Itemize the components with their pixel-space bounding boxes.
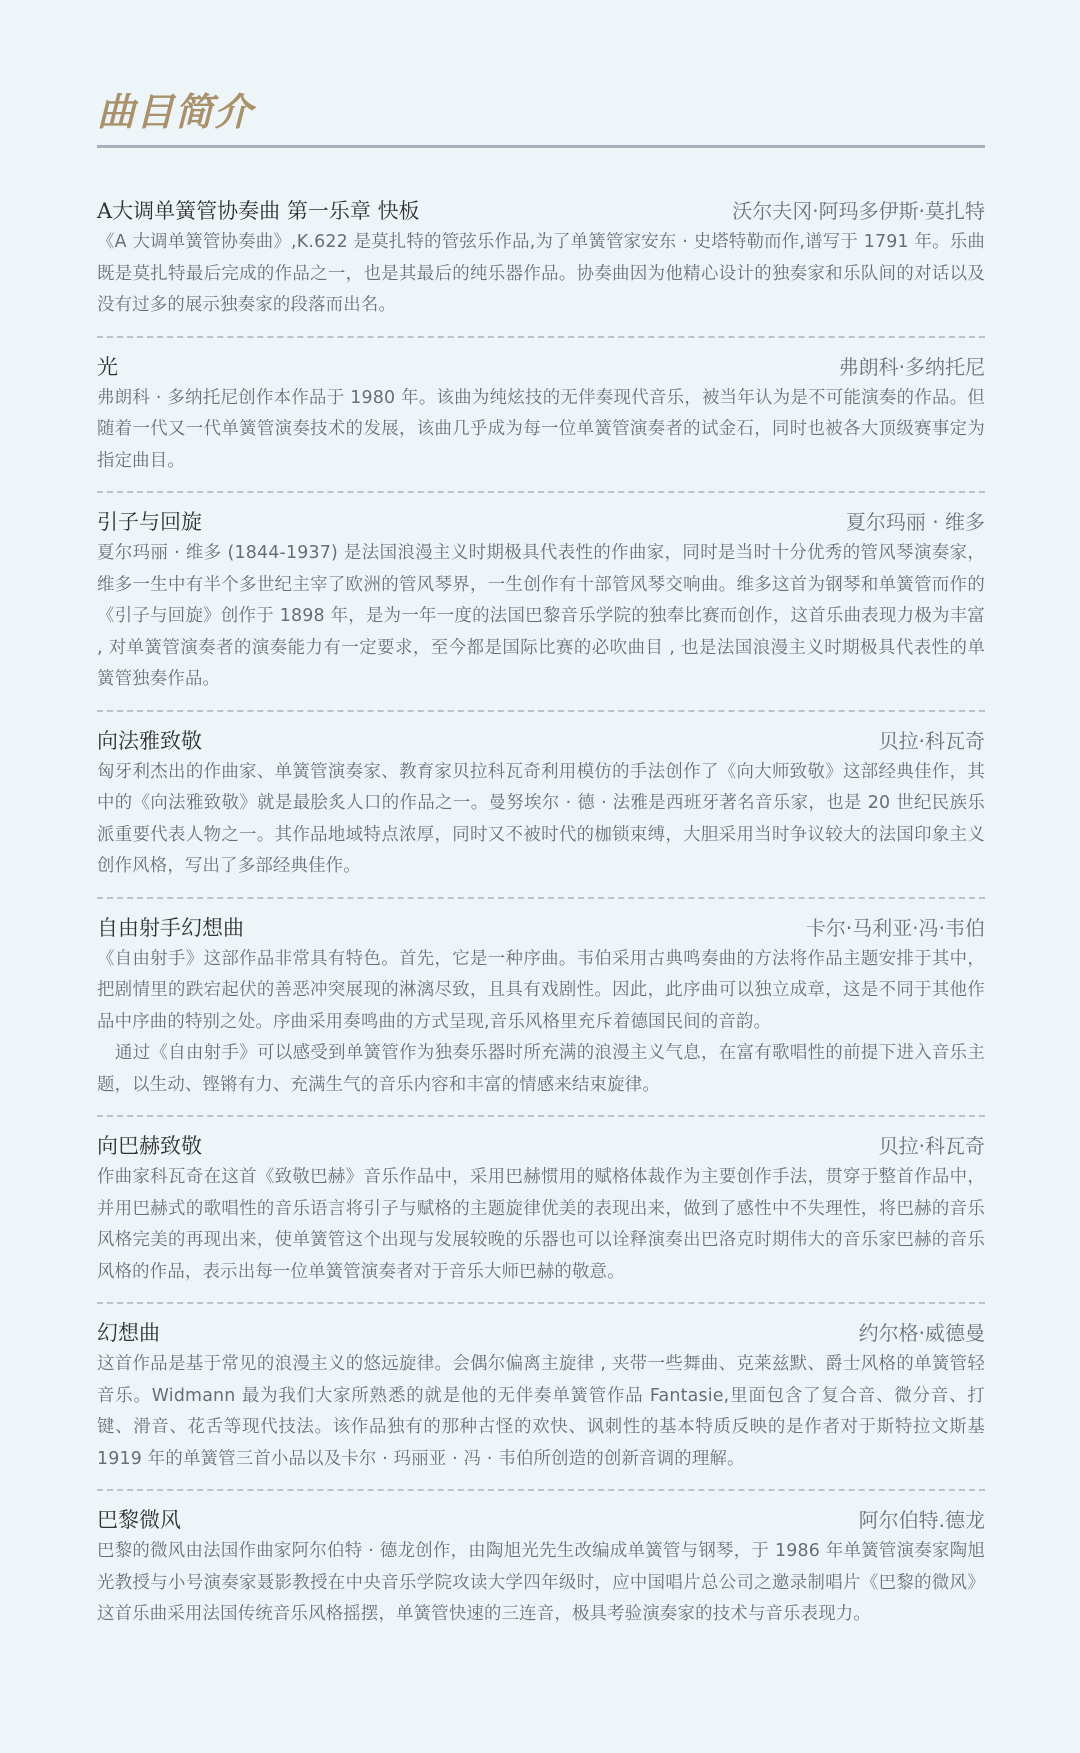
piece-title: 幻想曲 xyxy=(97,1318,160,1349)
piece-composer: 卡尔·马利亚·冯·韦伯 xyxy=(806,913,985,944)
dashed-divider xyxy=(97,1489,985,1491)
piece-header: 向法雅致敬 贝拉·科瓦奇 xyxy=(97,726,985,757)
piece-item: A大调单簧管协奏曲 第一乐章 快板 沃尔夫冈·阿玛多伊斯·莫扎特 《A 大调单簧… xyxy=(97,196,985,322)
piece-header: 自由射手幻想曲 卡尔·马利亚·冯·韦伯 xyxy=(97,913,985,944)
dashed-divider xyxy=(97,336,985,338)
piece-item: 幻想曲 约尔格·威德曼 这首作品是基于常见的浪漫主义的悠远旋律。会偶尔偏离主旋律… xyxy=(97,1318,985,1475)
dashed-divider xyxy=(97,491,985,493)
piece-title: 自由射手幻想曲 xyxy=(97,913,244,944)
piece-item: 引子与回旋 夏尔玛丽 · 维多 夏尔玛丽 · 维多 (1844-1937) 是法… xyxy=(97,507,985,696)
piece-title: 向法雅致敬 xyxy=(97,726,202,757)
piece-item: 巴黎微风 阿尔伯特.德龙 巴黎的微风由法国作曲家阿尔伯特 · 德龙创作，由陶旭光… xyxy=(97,1505,985,1631)
piece-description: 弗朗科 · 多纳托尼创作本作品于 1980 年。该曲为纯炫技的无伴奏现代音乐，被… xyxy=(97,383,985,478)
piece-item: 自由射手幻想曲 卡尔·马利亚·冯·韦伯 《自由射手》这部作品非常具有特色。首先，… xyxy=(97,913,985,1102)
dashed-divider xyxy=(97,1115,985,1117)
piece-header: 幻想曲 约尔格·威德曼 xyxy=(97,1318,985,1349)
title-underline xyxy=(97,145,985,148)
piece-item: 向法雅致敬 贝拉·科瓦奇 匈牙利杰出的作曲家、单簧管演奏家、教育家贝拉科瓦奇利用… xyxy=(97,726,985,883)
piece-description: 这首作品是基于常见的浪漫主义的悠远旋律。会偶尔偏离主旋律 , 夹带一些舞曲、克莱… xyxy=(97,1349,985,1475)
piece-title: 光 xyxy=(97,352,118,383)
piece-title: 向巴赫致敬 xyxy=(97,1131,202,1162)
piece-description: 夏尔玛丽 · 维多 (1844-1937) 是法国浪漫主义时期极具代表性的作曲家… xyxy=(97,538,985,696)
piece-item: 向巴赫致敬 贝拉·科瓦奇 作曲家科瓦奇在这首《致敬巴赫》音乐作品中，采用巴赫惯用… xyxy=(97,1131,985,1288)
piece-description: 作曲家科瓦奇在这首《致敬巴赫》音乐作品中，采用巴赫惯用的赋格体裁作为主要创作手法… xyxy=(97,1162,985,1288)
piece-composer: 弗朗科·多纳托尼 xyxy=(839,352,985,383)
piece-composer: 夏尔玛丽 · 维多 xyxy=(846,507,985,538)
piece-header: A大调单簧管协奏曲 第一乐章 快板 沃尔夫冈·阿玛多伊斯·莫扎特 xyxy=(97,196,985,227)
piece-header: 巴黎微风 阿尔伯特.德龙 xyxy=(97,1505,985,1536)
piece-title: 引子与回旋 xyxy=(97,507,202,538)
piece-header: 向巴赫致敬 贝拉·科瓦奇 xyxy=(97,1131,985,1162)
piece-description: 巴黎的微风由法国作曲家阿尔伯特 · 德龙创作，由陶旭光先生改编成单簧管与钢琴，于… xyxy=(97,1536,985,1631)
dashed-divider xyxy=(97,897,985,899)
piece-composer: 阿尔伯特.德龙 xyxy=(859,1505,985,1536)
piece-description: 《自由射手》这部作品非常具有特色。首先，它是一种序曲。韦伯采用古典鸣奏曲的方法将… xyxy=(97,944,985,1039)
dashed-divider xyxy=(97,1302,985,1304)
piece-composer: 贝拉·科瓦奇 xyxy=(879,1131,985,1162)
dashed-divider xyxy=(97,710,985,712)
piece-composer: 贝拉·科瓦奇 xyxy=(879,726,985,757)
pieces-list: A大调单簧管协奏曲 第一乐章 快板 沃尔夫冈·阿玛多伊斯·莫扎特 《A 大调单簧… xyxy=(97,196,985,1631)
piece-composer: 沃尔夫冈·阿玛多伊斯·莫扎特 xyxy=(732,196,985,227)
piece-header: 引子与回旋 夏尔玛丽 · 维多 xyxy=(97,507,985,538)
piece-title: A大调单簧管协奏曲 第一乐章 快板 xyxy=(97,196,420,227)
piece-composer: 约尔格·威德曼 xyxy=(859,1318,985,1349)
piece-item: 光 弗朗科·多纳托尼 弗朗科 · 多纳托尼创作本作品于 1980 年。该曲为纯炫… xyxy=(97,352,985,478)
page-title: 曲目简介 xyxy=(97,88,253,136)
piece-description: 《A 大调单簧管协奏曲》,K.622 是莫扎特的管弦乐作品,为了单簧管家安东 ·… xyxy=(97,227,985,322)
piece-description-continued: 通过《自由射手》可以感受到单簧管作为独奏乐器时所充满的浪漫主义气息，在富有歌唱性… xyxy=(97,1038,985,1101)
piece-title: 巴黎微风 xyxy=(97,1505,181,1536)
piece-description: 匈牙利杰出的作曲家、单簧管演奏家、教育家贝拉科瓦奇利用模仿的手法创作了《向大师致… xyxy=(97,757,985,883)
piece-header: 光 弗朗科·多纳托尼 xyxy=(97,352,985,383)
